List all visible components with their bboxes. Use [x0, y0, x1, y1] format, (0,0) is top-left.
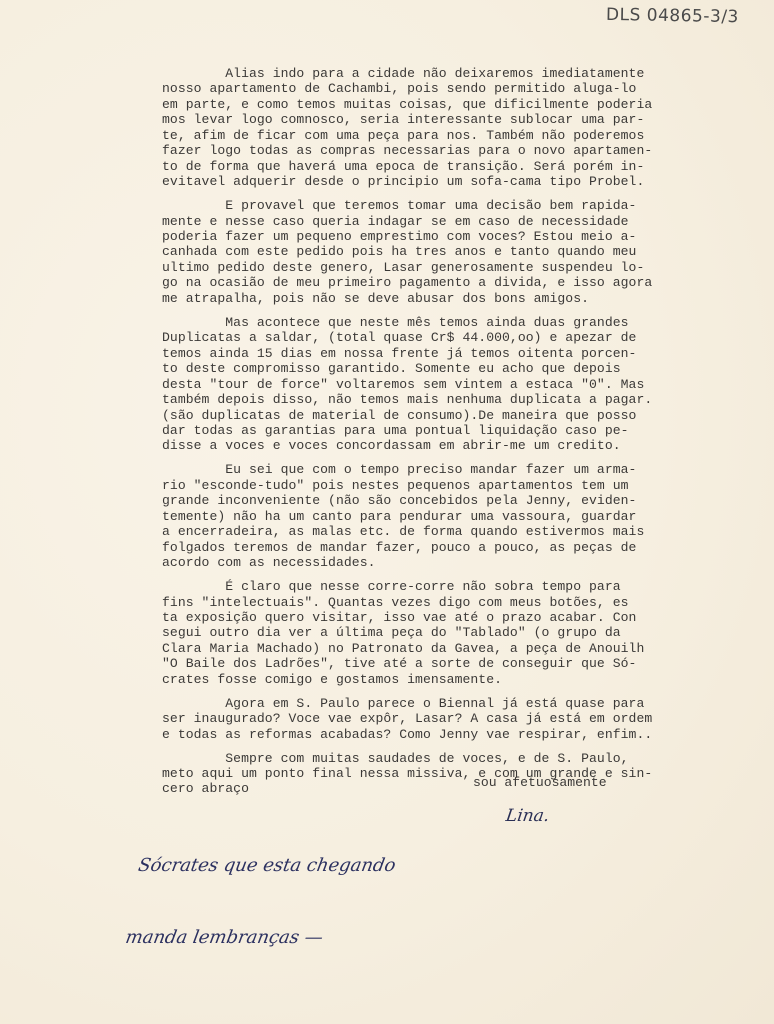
paragraph-7: Sempre com muitas saudades de voces, e d… [162, 751, 742, 797]
text-line: Alias indo para a cidade não deixaremos … [162, 66, 742, 81]
text-line: temos ainda 15 dias em nossa frente já t… [162, 346, 742, 361]
postscript-line: Sócrates que esta chegando [135, 848, 398, 884]
paragraph-6: Agora em S. Paulo parece o Biennal já es… [162, 696, 742, 742]
text-line: (são duplicatas de material de consumo).… [162, 408, 742, 423]
text-line: fazer logo todas as compras necessarias … [162, 143, 742, 158]
text-line: disse a voces e voces concordassam em ab… [162, 438, 742, 453]
text-line: crates fosse comigo e gostamos imensamen… [162, 672, 742, 687]
text-line: Sempre com muitas saudades de voces, e d… [162, 751, 742, 766]
paragraph-3: Mas acontece que neste mês temos ainda d… [162, 315, 742, 454]
text-line: grande inconveniente (não são concebidos… [162, 493, 742, 508]
text-line: segui outro dia ver a última peça do "Ta… [162, 625, 742, 640]
text-line: Eu sei que com o tempo preciso mandar fa… [162, 462, 742, 477]
text-line: meto aqui um ponto final nessa missiva, … [162, 766, 742, 781]
text-line: nosso apartamento de Cachambi, pois send… [162, 81, 742, 96]
handwritten-postscript: Sócrates que esta chegando manda lembran… [122, 848, 398, 956]
text-line: É claro que nesse corre-corre não sobra … [162, 579, 742, 594]
text-line: a encerradeira, as malas etc. de forma q… [162, 524, 742, 539]
paragraph-1: Alias indo para a cidade não deixaremos … [162, 66, 742, 190]
text-line: desta "tour de force" voltaremos sem vin… [162, 377, 742, 392]
text-line: temente) não ha um canto para pendurar u… [162, 509, 742, 524]
text-line: em parte, e como temos muitas coisas, qu… [162, 97, 742, 112]
text-line: canhada com este pedido pois ha tres ano… [162, 244, 742, 259]
closing-phrase: sou afetuosamente [473, 775, 607, 790]
text-line: também depois disso, não temos mais nenh… [162, 392, 742, 407]
text-line: poderia fazer um pequeno emprestimo com … [162, 229, 742, 244]
text-line: E provavel que teremos tomar uma decisão… [162, 198, 742, 213]
paragraph-5: É claro que nesse corre-corre não sobra … [162, 579, 742, 687]
text-line: acordo com as necessidades. [162, 555, 742, 570]
text-line: rio "esconde-tudo" pois nestes pequenos … [162, 478, 742, 493]
text-line: me atrapalha, pois não se deve abusar do… [162, 291, 742, 306]
text-line: folgados teremos de mandar fazer, pouco … [162, 540, 742, 555]
text-line: to de forma que haverá uma epoca de tran… [162, 159, 742, 174]
text-line: to deste compromisso garantido. Somente … [162, 361, 742, 376]
text-line: ser inaugurado? Voce vae expôr, Lasar? A… [162, 711, 742, 726]
paragraph-2: E provavel que teremos tomar uma decisão… [162, 198, 742, 306]
text-line: cero abraço [162, 781, 742, 796]
text-line: dar todas as garantias para uma pontual … [162, 423, 742, 438]
text-line: Clara Maria Machado) no Patronato da Gav… [162, 641, 742, 656]
paragraph-4: Eu sei que com o tempo preciso mandar fa… [162, 462, 742, 570]
letter-body: Alias indo para a cidade não deixaremos … [162, 66, 742, 805]
text-line: evitavel adquerir desde o principio um s… [162, 174, 742, 189]
text-line: go na ocasião de meu primeiro pagamento … [162, 275, 742, 290]
text-line: Agora em S. Paulo parece o Biennal já es… [162, 696, 742, 711]
postscript-line: manda lembranças — [122, 920, 385, 956]
text-line: e todas as reformas acabadas? Como Jenny… [162, 727, 742, 742]
text-line: ta exposição quero visitar, isso vae até… [162, 610, 742, 625]
text-line: ultimo pedido deste genero, Lasar genero… [162, 260, 742, 275]
text-line: Mas acontece que neste mês temos ainda d… [162, 315, 742, 330]
archive-reference: DLS 04865-3/3 [606, 5, 739, 27]
text-line: te, afim de ficar com uma peça para nos.… [162, 128, 742, 143]
text-line: mente e nesse caso queria indagar se em … [162, 214, 742, 229]
text-line: Duplicatas a saldar, (total quase Cr$ 44… [162, 330, 742, 345]
text-line: mos levar logo comnosco, seria interessa… [162, 112, 742, 127]
text-line: "O Baile dos Ladrões", tive até a sorte … [162, 656, 742, 671]
handwritten-signature: Lina. [505, 806, 551, 826]
text-line: fins "intelectuais". Quantas vezes digo … [162, 595, 742, 610]
